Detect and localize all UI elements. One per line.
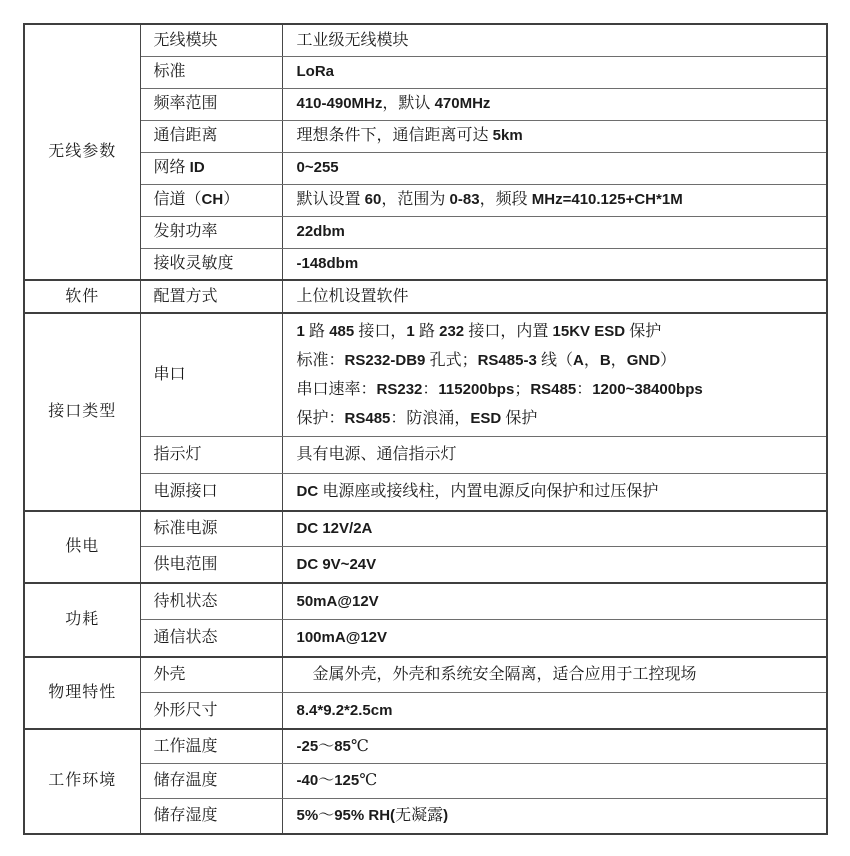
- category-cell: 功耗: [24, 583, 140, 657]
- value-cell: DC 9V~24V: [282, 547, 827, 583]
- value-cell: 8.4*9.2*2.5cm: [282, 693, 827, 729]
- value-cell: 工业级无线模块: [282, 24, 827, 56]
- text-run-latin: RS232: [377, 381, 423, 398]
- param-cell: 通信距离: [140, 120, 282, 152]
- text-run-latin: 232: [435, 323, 468, 340]
- text-run-latin: 410-490MHz: [297, 95, 383, 112]
- value-cell: -25～85℃: [282, 729, 827, 764]
- table-row: 软件配置方式上位机设置软件: [24, 280, 827, 313]
- table-row: 储存温度-40～125℃: [24, 764, 827, 799]
- value-cell: -40～125℃: [282, 764, 827, 799]
- text-run-latin: GND: [627, 352, 660, 369]
- text-run-latin: 1200~38400bps: [592, 381, 703, 398]
- text-run-latin: 1: [406, 323, 419, 340]
- text-run-latin: ): [443, 807, 448, 824]
- value-cell: DC 电源座或接线柱，内置电源反向保护和过压保护: [282, 474, 827, 511]
- value-line: 1 路 485 接口，1 路 232 接口，内置 15KV ESD 保护: [297, 317, 827, 346]
- table-row: 通信距离理想条件下，通信距离可达 5km: [24, 120, 827, 152]
- table-row: 频率范围410-490MHz，默认 470MHz: [24, 88, 827, 120]
- text-run-latin: 60: [361, 191, 382, 208]
- category-cell: 供电: [24, 511, 140, 583]
- text-run-latin: 470MHz: [430, 95, 490, 112]
- table-row: 外形尺寸8.4*9.2*2.5cm: [24, 693, 827, 729]
- text-run-latin: RS232-DB9: [345, 352, 430, 369]
- text-run-latin: A: [573, 352, 584, 369]
- text-run-latin: 95% RH(: [334, 807, 395, 824]
- text-run-latin: MHz=410.125+CH*1M: [528, 191, 683, 208]
- table-row: 电源接口DC 电源座或接线柱，内置电源反向保护和过压保护: [24, 474, 827, 511]
- param-cell: 外壳: [140, 657, 282, 693]
- param-cell: 无线模块: [140, 24, 282, 56]
- text-run-latin: B: [600, 352, 611, 369]
- param-cell: 接收灵敏度: [140, 248, 282, 280]
- category-cell: 物理特性: [24, 657, 140, 729]
- category-cell: 工作环境: [24, 729, 140, 834]
- table-row: 供电标准电源DC 12V/2A: [24, 511, 827, 547]
- table-row: 网络 ID0~255: [24, 152, 827, 184]
- spec-sheet: 无线参数无线模块工业级无线模块标准LoRa频率范围410-490MHz，默认 4…: [0, 0, 850, 856]
- value-cell: 上位机设置软件: [282, 280, 827, 313]
- table-row: 信道（CH）默认设置 60，范围为 0-83，频段 MHz=410.125+CH…: [24, 184, 827, 216]
- value-line: 标准：RS232-DB9 孔式；RS485-3 线（A，B，GND）: [297, 346, 827, 375]
- param-cell: 外形尺寸: [140, 693, 282, 729]
- value-cell: 1 路 485 接口，1 路 232 接口，内置 15KV ESD 保护标准：R…: [282, 313, 827, 437]
- value-cell: 金属外壳，外壳和系统安全隔离，适合应用于工控现场: [282, 657, 827, 693]
- value-cell: 理想条件下，通信距离可达 5km: [282, 120, 827, 152]
- text-run-latin: ID: [186, 159, 205, 176]
- table-row: 无线参数无线模块工业级无线模块: [24, 24, 827, 56]
- param-cell: 配置方式: [140, 280, 282, 313]
- text-run-latin: 125: [334, 772, 359, 789]
- text-run-latin: CH: [202, 191, 224, 208]
- text-run-latin: 100mA@12V: [297, 629, 388, 646]
- param-cell: 标准电源: [140, 511, 282, 547]
- value-cell: 具有电源、通信指示灯: [282, 437, 827, 474]
- param-cell: 储存温度: [140, 764, 282, 799]
- text-run-latin: 8.4*9.2*2.5cm: [297, 702, 393, 719]
- text-run-latin: 0-83: [445, 191, 479, 208]
- text-run-latin: RS485: [530, 381, 576, 398]
- text-run-latin: DC: [297, 483, 323, 500]
- value-cell: 5%～95% RH(无凝露): [282, 799, 827, 834]
- value-cell: 50mA@12V: [282, 583, 827, 620]
- text-run-latin: DC 9V~24V: [297, 556, 377, 573]
- param-cell: 信道（CH）: [140, 184, 282, 216]
- table-row: 物理特性外壳 金属外壳，外壳和系统安全隔离，适合应用于工控现场: [24, 657, 827, 693]
- param-cell: 储存湿度: [140, 799, 282, 834]
- text-run-latin: DC 12V/2A: [297, 520, 373, 537]
- param-cell: 待机状态: [140, 583, 282, 620]
- spec-table-body: 无线参数无线模块工业级无线模块标准LoRa频率范围410-490MHz，默认 4…: [24, 24, 827, 834]
- table-row: 通信状态100mA@12V: [24, 620, 827, 657]
- param-cell: 网络 ID: [140, 152, 282, 184]
- param-cell: 标准: [140, 56, 282, 88]
- text-run-latin: -40: [297, 772, 319, 789]
- category-cell: 接口类型: [24, 313, 140, 511]
- text-run-latin: 1: [297, 323, 310, 340]
- text-run-latin: 5%: [297, 807, 319, 824]
- value-line: 串口速率：RS232：115200bps；RS485：1200~38400bps: [297, 375, 827, 404]
- value-cell: LoRa: [282, 56, 827, 88]
- table-row: 供电范围DC 9V~24V: [24, 547, 827, 583]
- value-cell: 默认设置 60，范围为 0-83，频段 MHz=410.125+CH*1M: [282, 184, 827, 216]
- param-cell: 工作温度: [140, 729, 282, 764]
- text-run-latin: 85: [334, 738, 351, 755]
- table-row: 发射功率22dbm: [24, 216, 827, 248]
- value-line: 保护：RS485：防浪涌，ESD 保护: [297, 404, 827, 433]
- text-run-latin: 50mA@12V: [297, 593, 379, 610]
- text-run-latin: -25: [297, 738, 319, 755]
- param-cell: 通信状态: [140, 620, 282, 657]
- table-row: 功耗待机状态50mA@12V: [24, 583, 827, 620]
- value-cell: -148dbm: [282, 248, 827, 280]
- text-run-latin: 485: [325, 323, 358, 340]
- text-run-latin: 5km: [489, 127, 523, 144]
- text-run-latin: LoRa: [297, 63, 335, 80]
- text-run-latin: -148dbm: [297, 255, 359, 272]
- value-cell: 0~255: [282, 152, 827, 184]
- table-row: 工作环境工作温度-25～85℃: [24, 729, 827, 764]
- param-cell: 频率范围: [140, 88, 282, 120]
- table-row: 储存湿度5%～95% RH(无凝露): [24, 799, 827, 834]
- text-run-latin: 115200bps: [438, 381, 514, 398]
- value-cell: 100mA@12V: [282, 620, 827, 657]
- table-row: 标准LoRa: [24, 56, 827, 88]
- category-cell: 软件: [24, 280, 140, 313]
- table-row: 接口类型串口1 路 485 接口，1 路 232 接口，内置 15KV ESD …: [24, 313, 827, 437]
- text-run-latin: 22dbm: [297, 223, 345, 240]
- param-cell: 供电范围: [140, 547, 282, 583]
- text-run-latin: RS485-3: [478, 352, 541, 369]
- spec-table: 无线参数无线模块工业级无线模块标准LoRa频率范围410-490MHz，默认 4…: [23, 23, 828, 835]
- param-cell: 电源接口: [140, 474, 282, 511]
- param-cell: 发射功率: [140, 216, 282, 248]
- param-cell: 串口: [140, 313, 282, 437]
- value-cell: DC 12V/2A: [282, 511, 827, 547]
- table-row: 接收灵敏度-148dbm: [24, 248, 827, 280]
- text-run-latin: RS485: [345, 410, 391, 427]
- value-cell: 410-490MHz，默认 470MHz: [282, 88, 827, 120]
- text-run-latin: ESD: [470, 410, 505, 427]
- param-cell: 指示灯: [140, 437, 282, 474]
- value-cell: 22dbm: [282, 216, 827, 248]
- text-run-latin: 0~255: [297, 159, 339, 176]
- table-row: 指示灯具有电源、通信指示灯: [24, 437, 827, 474]
- category-cell: 无线参数: [24, 24, 140, 280]
- text-run-latin: 15KV ESD: [548, 323, 629, 340]
